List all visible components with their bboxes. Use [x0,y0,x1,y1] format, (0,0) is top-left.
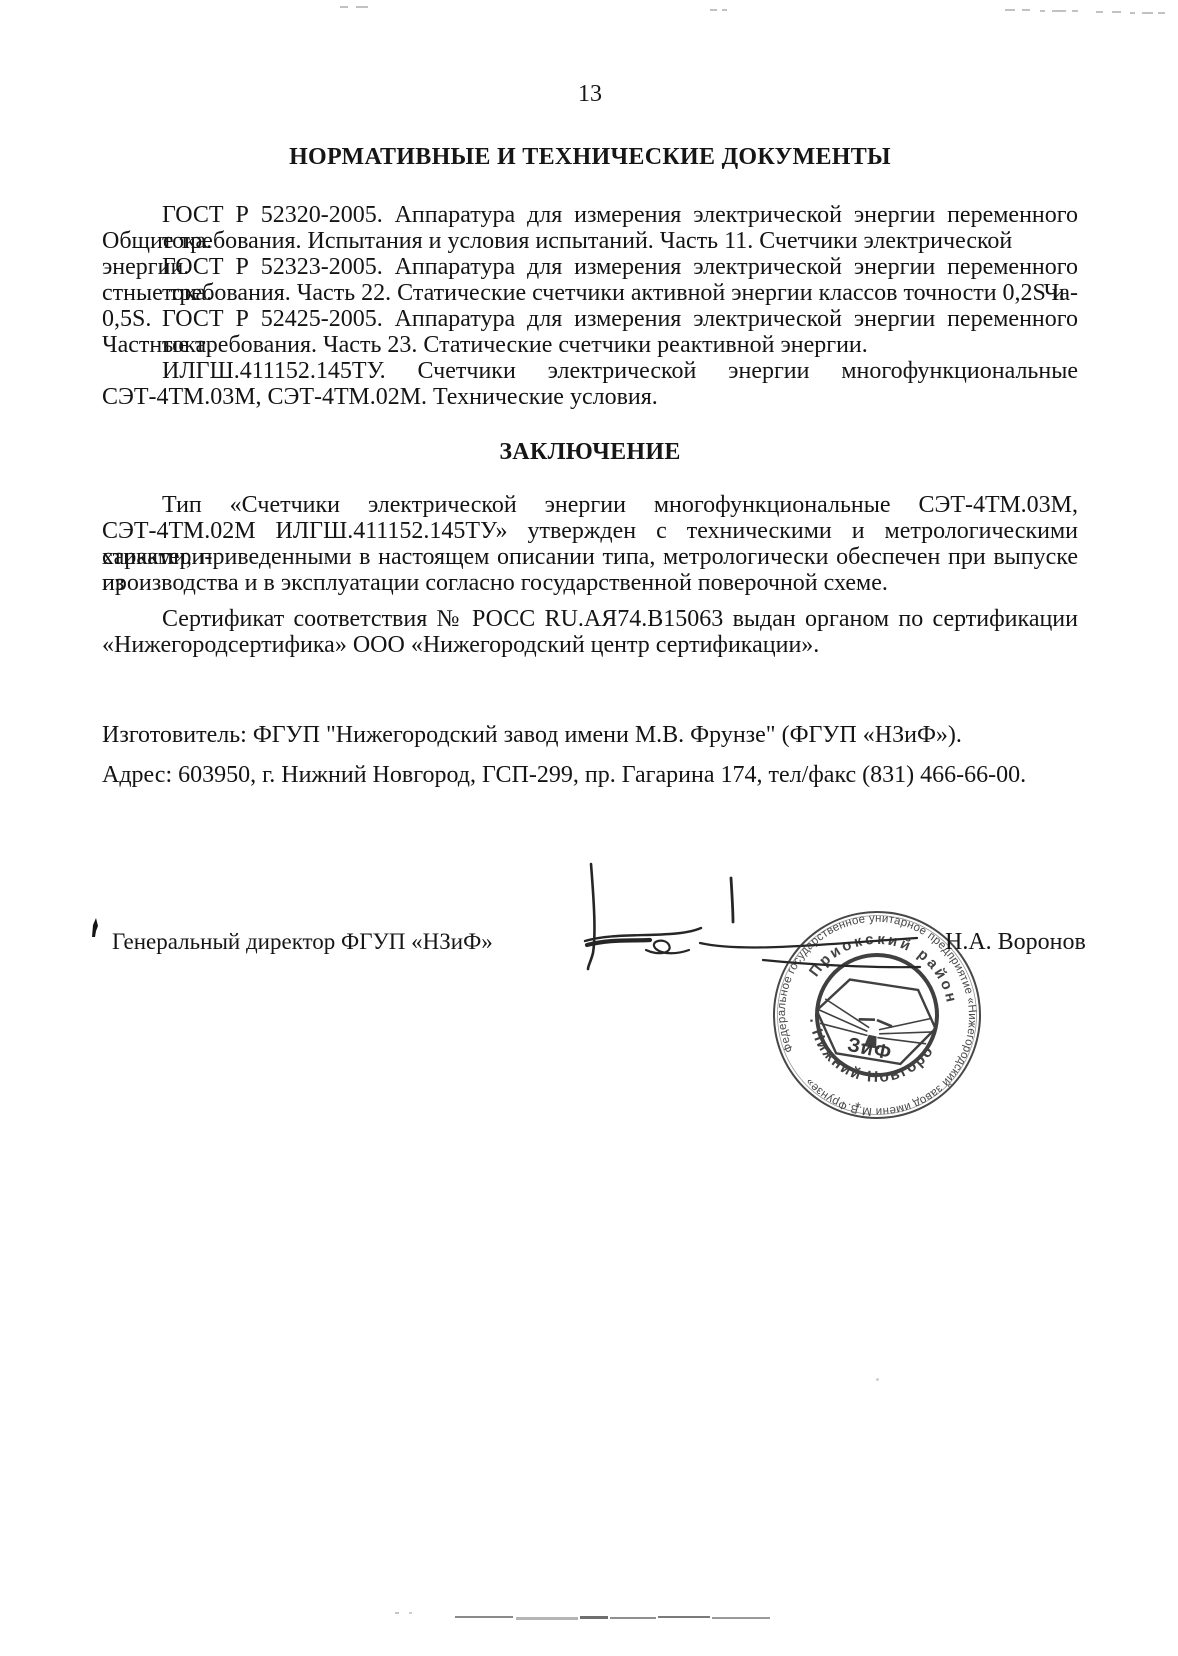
scan-artifact [395,1612,399,1614]
scan-artifact [1052,10,1066,12]
scan-artifact [340,6,348,8]
scan-artifact [580,1616,608,1619]
scan-artifact [516,1617,578,1620]
scan-artifact [710,9,717,11]
paragraph-gost-52323: ГОСТ Р 52323-2005. Аппаратура для измере… [102,254,1078,306]
manufacturer-line: Изготовитель: ФГУП "Нижегородский завод … [102,722,962,748]
document-page: 13 НОРМАТИВНЫЕ И ТЕХНИЧЕСКИЕ ДОКУМЕНТЫ Г… [0,0,1178,1656]
scan-artifact [610,1617,656,1619]
scan-artifact [455,1616,513,1618]
signatory-name: Н.А. Воронов [945,929,1086,956]
signature-and-seal: Федеральное государственное унитарное пр… [560,840,1120,1140]
paragraph-conclusion: Тип «Счетчики электрической энергии мног… [102,492,1078,596]
emblem-wing-line [821,999,873,1028]
text-line: ИЛГШ.411152.145ТУ. Счетчики электрическо… [102,358,1078,384]
section-heading-conclusion: ЗАКЛЮЧЕНИЕ [102,439,1078,466]
signature-stroke [588,864,594,969]
scan-artifact [1130,12,1135,14]
scan-artifact [1142,12,1153,14]
text-line: Тип «Счетчики электрической энергии мног… [102,492,1078,518]
section-heading-normative: НОРМАТИВНЫЕ И ТЕХНИЧЕСКИЕ ДОКУМЕНТЫ [102,144,1078,171]
ink-mark [90,918,102,938]
text-line: производства и в эксплуатации согласно г… [102,570,1078,596]
scan-artifact [1040,10,1045,12]
paragraph-gost-52320: ГОСТ Р 52320-2005. Аппаратура для измере… [102,202,1078,254]
scan-artifact [409,1612,412,1614]
text-line: ГОСТ Р 52320-2005. Аппаратура для измере… [102,202,1078,228]
text-line: Общие требования. Испытания и условия ис… [102,228,1078,254]
text-line: ГОСТ Р 52323-2005. Аппаратура для измере… [102,254,1078,280]
text-line: СЭТ-4ТМ.03М, СЭТ-4ТМ.02М. Технические ус… [102,384,1078,410]
scan-artifact [1158,12,1165,14]
signature-stroke [646,941,689,954]
company-seal: Федеральное государственное унитарное пр… [560,840,1017,1137]
paragraph-certificate: Сертификат соответствия № РОСС RU.АЯ74.В… [102,606,1078,658]
text-line: стные требования. Часть 22. Статические … [102,280,1078,306]
scan-artifact [712,1617,770,1619]
paragraph-gost-52425: ГОСТ Р 52425-2005. Аппаратура для измере… [102,306,1078,358]
text-line: Сертификат соответствия № РОСС RU.АЯ74.В… [102,606,1078,632]
text-line: СЭТ-4ТМ.02М ИЛГШ.411152.145ТУ» утвержден… [102,518,1078,544]
text-line: стиками, приведенными в настоящем описан… [102,544,1078,570]
text-line: ГОСТ Р 52425-2005. Аппаратура для измере… [102,306,1078,332]
paragraph-ilgsh-tu: ИЛГШ.411152.145ТУ. Счетчики электрическо… [102,358,1078,410]
scan-artifact [1112,11,1121,13]
scan-artifact [1022,9,1030,11]
scan-artifact [1005,9,1015,11]
scan-artifact [1096,11,1103,13]
scan-artifact [1072,10,1078,12]
text-line: «Нижегородсертифика» ООО «Нижегородский … [102,632,1078,658]
signatory-role: Генеральный директор ФГУП «НЗиФ» [112,929,493,955]
scan-artifact [722,9,727,11]
signature-stroke [587,940,650,945]
scan-artifact [658,1616,710,1618]
signature-stroke [731,878,733,922]
page-number: 13 [102,81,1078,108]
scan-artifact [356,6,368,8]
text-line: Частные требования. Часть 23. Статически… [102,332,1078,358]
address-line: Адрес: 603950, г. Нижний Новгород, ГСП-2… [102,762,1026,788]
scan-artifact [876,1378,879,1381]
